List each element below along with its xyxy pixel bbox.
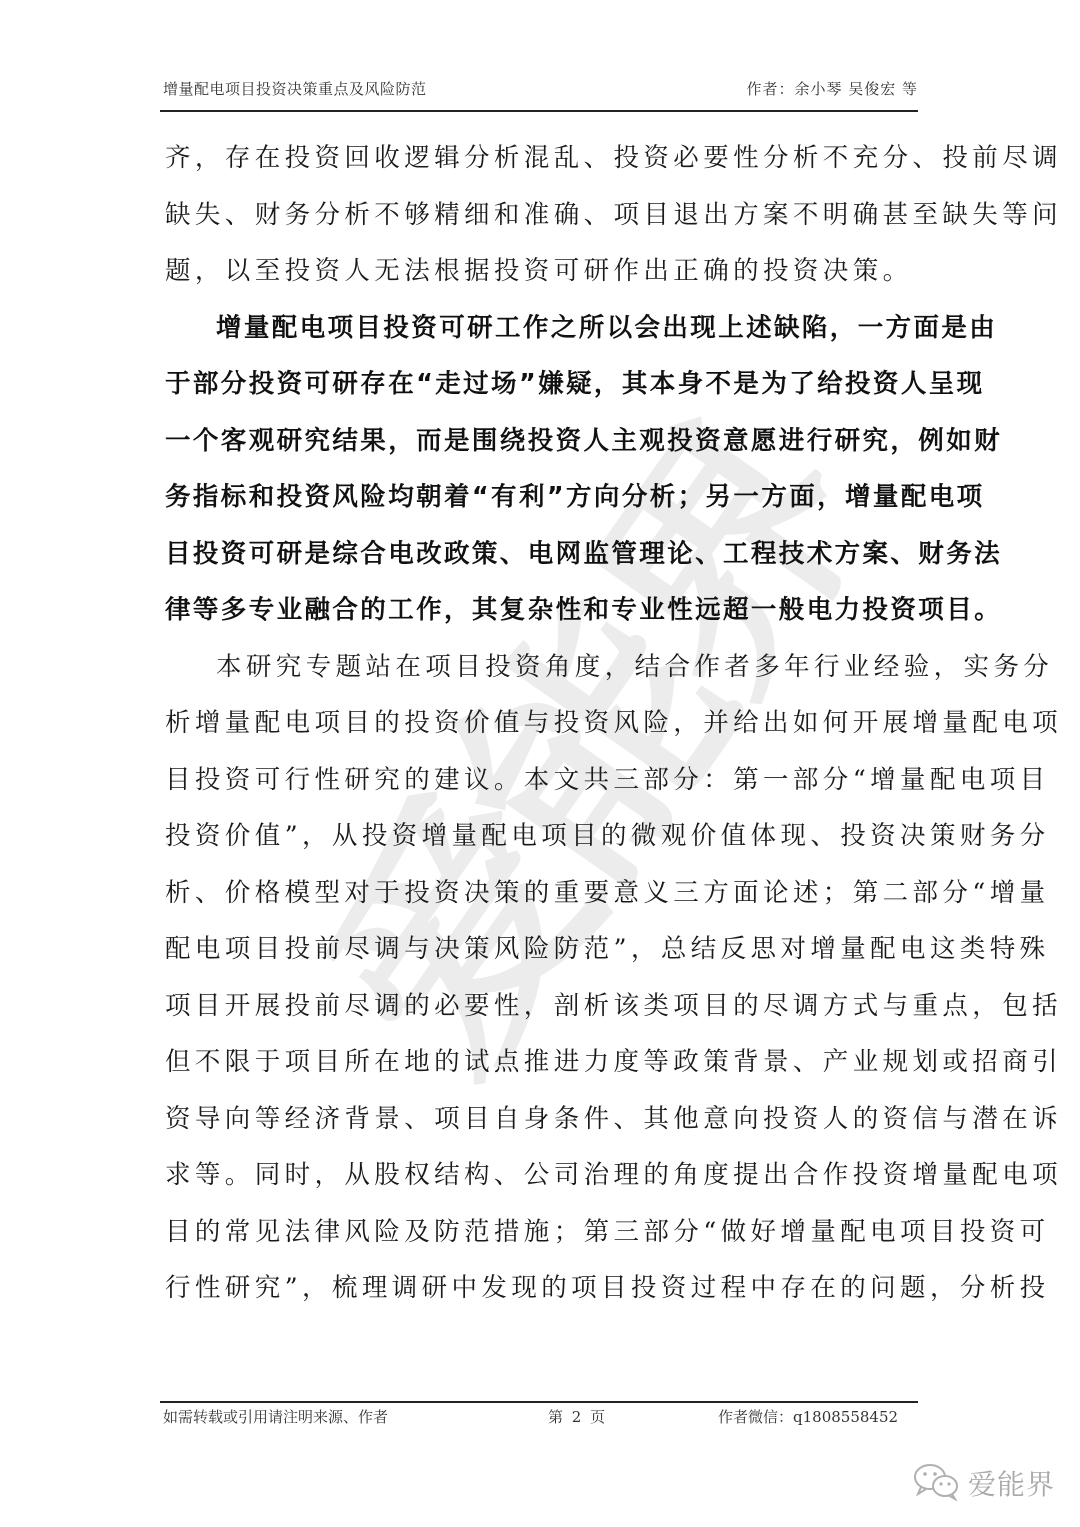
document-title: 增量配电项目投资决策重点及风险防范: [163, 78, 427, 99]
page-number: 第 2 页: [548, 1406, 607, 1427]
text-line: 一个客观研究结果，而是围绕投资人主观投资意愿进行研究，例如财: [165, 413, 917, 470]
text-line: 于部分投资可研存在“走过场”嫌疑，其本身不是为了给投资人呈现: [165, 356, 917, 413]
author-wechat: 作者微信：q1808558452: [718, 1406, 898, 1427]
text-line: 律等多专业融合的工作，其复杂性和专业性远超一般电力投资项目。: [165, 582, 917, 639]
text-line: 析、价格模型对于投资决策的重要意义三方面论述；第二部分“增量: [165, 865, 917, 922]
text-line: 配电项目投前尽调与决策风险防范”，总结反思对增量配电这类特殊: [165, 921, 917, 978]
reprint-notice: 如需转载或引用请注明来源、作者: [163, 1406, 388, 1427]
wechat-account-badge: 爱能界: [912, 1458, 1055, 1508]
document-body: 齐，存在投资回收逻辑分析混乱、投资必要性分析不充分、投前尽调 缺失、财务分析不够…: [165, 130, 917, 1317]
page-header: 增量配电项目投资决策重点及风险防范 作者：余小琴 吴俊宏 等: [163, 74, 918, 104]
text-line: 但不限于项目所在地的试点推进力度等政策背景、产业规划或招商引: [165, 1034, 917, 1091]
paragraph-3: 本研究专题站在项目投资角度，结合作者多年行业经验，实务分 析增量配电项目的投资价…: [165, 639, 917, 1317]
text-line: 析增量配电项目的投资价值与投资风险，并给出如何开展增量配电项: [165, 695, 917, 752]
text-line: 资导向等经济背景、项目自身条件、其他意向投资人的资信与潜在诉: [165, 1091, 917, 1148]
paragraph-2-bold: 增量配电项目投资可研工作之所以会出现上述缺陷，一方面是由 于部分投资可研存在“走…: [165, 300, 917, 639]
account-name: 爱能界: [968, 1463, 1055, 1503]
footer-divider: [160, 1401, 918, 1403]
text-line: 目投资可研是综合电改政策、电网监管理论、工程技术方案、财务法: [165, 526, 917, 583]
text-line: 投资价值”，从投资增量配电项目的微观价值体现、投资决策财务分: [165, 808, 917, 865]
text-line: 求等。同时，从股权结构、公司治理的角度提出合作投资增量配电项: [165, 1147, 917, 1204]
text-line: 齐，存在投资回收逻辑分析混乱、投资必要性分析不充分、投前尽调: [165, 130, 917, 187]
header-divider: [160, 110, 918, 112]
wechat-icon: [912, 1461, 962, 1505]
text-line: 目投资可行性研究的建议。本文共三部分：第一部分“增量配电项目: [165, 752, 917, 809]
text-line: 缺失、财务分析不够精细和准确、项目退出方案不明确甚至缺失等问: [165, 187, 917, 244]
text-line: 增量配电项目投资可研工作之所以会出现上述缺陷，一方面是由: [165, 300, 917, 357]
paragraph-1: 齐，存在投资回收逻辑分析混乱、投资必要性分析不充分、投前尽调 缺失、财务分析不够…: [165, 130, 917, 300]
text-line: 项目开展投前尽调的必要性，剖析该类项目的尽调方式与重点，包括: [165, 978, 917, 1035]
text-line: 行性研究”，梳理调研中发现的项目投资过程中存在的问题，分析投: [165, 1260, 917, 1317]
text-line: 本研究专题站在项目投资角度，结合作者多年行业经验，实务分: [165, 639, 917, 696]
document-authors: 作者：余小琴 吴俊宏 等: [746, 78, 918, 99]
text-line: 题，以至投资人无法根据投资可研作出正确的投资决策。: [165, 243, 917, 300]
text-line: 目的常见法律风险及防范措施；第三部分“做好增量配电项目投资可: [165, 1204, 917, 1261]
page-footer: 如需转载或引用请注明来源、作者 第 2 页 作者微信：q1808558452: [163, 1406, 918, 1430]
text-line: 务指标和投资风险均朝着“有利”方向分析；另一方面，增量配电项: [165, 469, 917, 526]
